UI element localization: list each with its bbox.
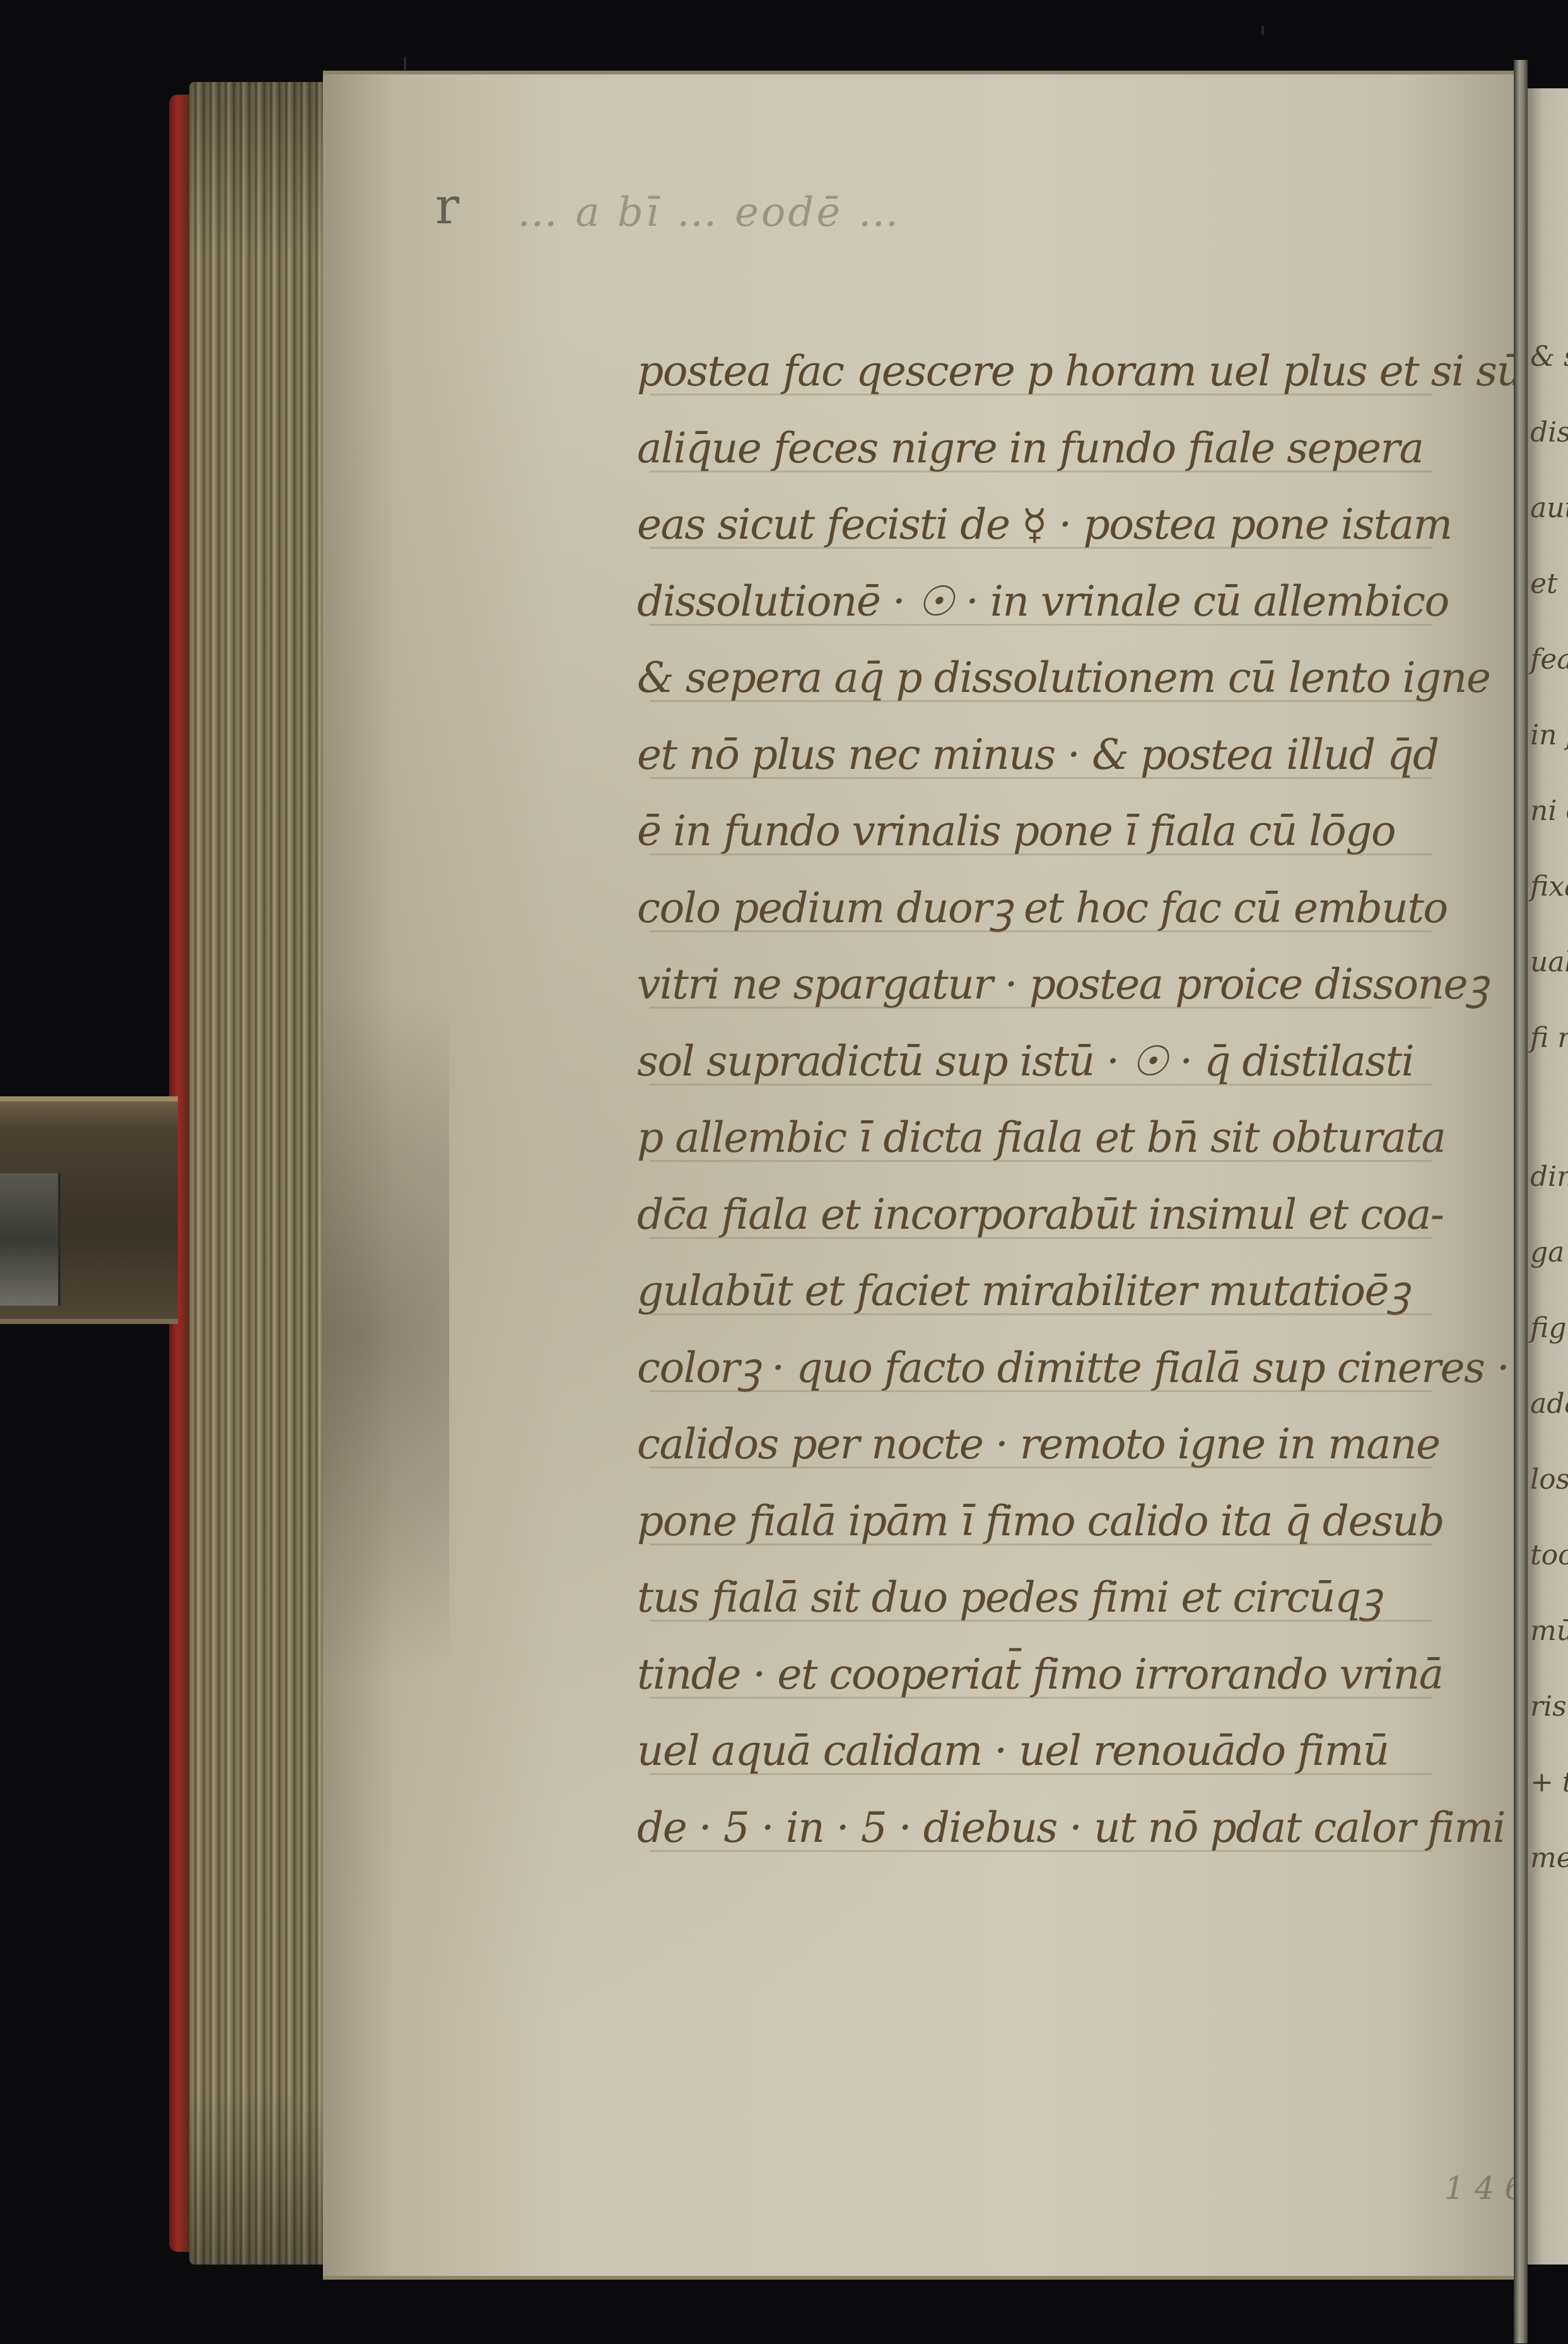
adjacent-text: ni c <box>1530 795 1568 827</box>
background-speck <box>404 57 406 71</box>
gutter-fold <box>1514 60 1528 2343</box>
text-line: de · 5 · in · 5 · diebus · ut nō pdat ca… <box>637 1790 1457 1866</box>
text-line: colorꝫ · quo facto dimitte fialā sup cin… <box>637 1330 1457 1407</box>
adjacent-text: los fi <box>1530 1463 1568 1496</box>
text-line: calidos per nocte · remoto igne in mane <box>637 1406 1457 1483</box>
text-line: eas sicut fecisti de ☿ · postea pone ist… <box>637 486 1457 563</box>
text-line: sol supradictū sup istū · ☉ · q̄ distila… <box>637 1023 1457 1100</box>
text-block: postea fac qescere p horam uel plus et s… <box>637 333 1457 1866</box>
adjacent-text: fi nē <box>1530 1022 1568 1054</box>
text-line: vitri ne spargatur · postea proice disso… <box>637 946 1457 1023</box>
clasp-metal-fitting <box>0 1173 61 1306</box>
text-line: p allembic ī dicta fiala et bn̄ sit obtu… <box>637 1099 1457 1176</box>
background-speck <box>1261 25 1264 35</box>
text-line: uel aquā calidam · uel renouādo fimū <box>637 1713 1457 1790</box>
adjacent-text: ga d <box>1530 1236 1568 1269</box>
text-line: postea fac qescere p horam uel plus et s… <box>637 333 1457 410</box>
adjacent-text: dim <box>1530 1161 1568 1193</box>
text-line: et nō plus nec minus · & postea illud q̄… <box>637 717 1457 794</box>
quire-mark: r <box>435 177 459 235</box>
folio-number-faint: 1 4 6 <box>1444 2170 1524 2206</box>
adjacent-text: fea <box>1530 643 1568 676</box>
adjacent-text: mūdo <box>1530 1615 1568 1647</box>
adjacent-text: + tr <box>1530 1766 1568 1798</box>
text-line: gulabūt et faciet mirabiliter mutatioēꝫ <box>637 1253 1457 1330</box>
faint-offset-text: … a bī … eodē … <box>517 189 901 236</box>
text-line: ē in fundo vrinalis pone ī fiala cū lōgo <box>637 793 1457 870</box>
adjacent-text: diss <box>1530 416 1568 448</box>
text-line: pone fialā ipām ī fimo calido ita q̄ des… <box>637 1483 1457 1560</box>
adjacent-text: fixa <box>1530 870 1568 903</box>
text-line: colo pedium duorꝫ et hoc fac cū embuto <box>637 870 1457 947</box>
adjacent-text: ris · fu <box>1530 1691 1568 1723</box>
text-line: aliq̄ue feces nigre in fundo fiale seper… <box>637 410 1457 487</box>
adjacent-text: medi <box>1530 1842 1568 1874</box>
text-line: dc̄a fiala et incorporabūt insimul et co… <box>637 1176 1457 1253</box>
adjacent-text: adae <box>1530 1388 1568 1420</box>
adjacent-text: ualo <box>1530 946 1568 978</box>
adjacent-text: et p <box>1530 568 1568 600</box>
adjacent-text: too · p <box>1530 1539 1568 1571</box>
text-line: & sepera aq̄ p dissolutionem cū lento ig… <box>637 640 1457 717</box>
adjacent-page-fragment: & se diss aut et p fea in fi ni c fixa u… <box>1528 88 1568 2265</box>
adjacent-text: in fi <box>1530 719 1568 751</box>
page-stack-fore-edge <box>189 82 325 2265</box>
text-line: dissolutionē · ☉ · in vrinale cū allembi… <box>637 563 1457 640</box>
adjacent-text: & se <box>1530 341 1568 373</box>
text-line: tus fialā sit duo pedes fimi et circūqꝫ <box>637 1559 1457 1636</box>
text-line: tinde · et cooperiat̄ fimo irrorando vri… <box>637 1636 1457 1713</box>
adjacent-text: aut <box>1530 492 1568 524</box>
adjacent-text: fig m <box>1530 1312 1568 1344</box>
foxing-stain <box>323 958 449 1904</box>
